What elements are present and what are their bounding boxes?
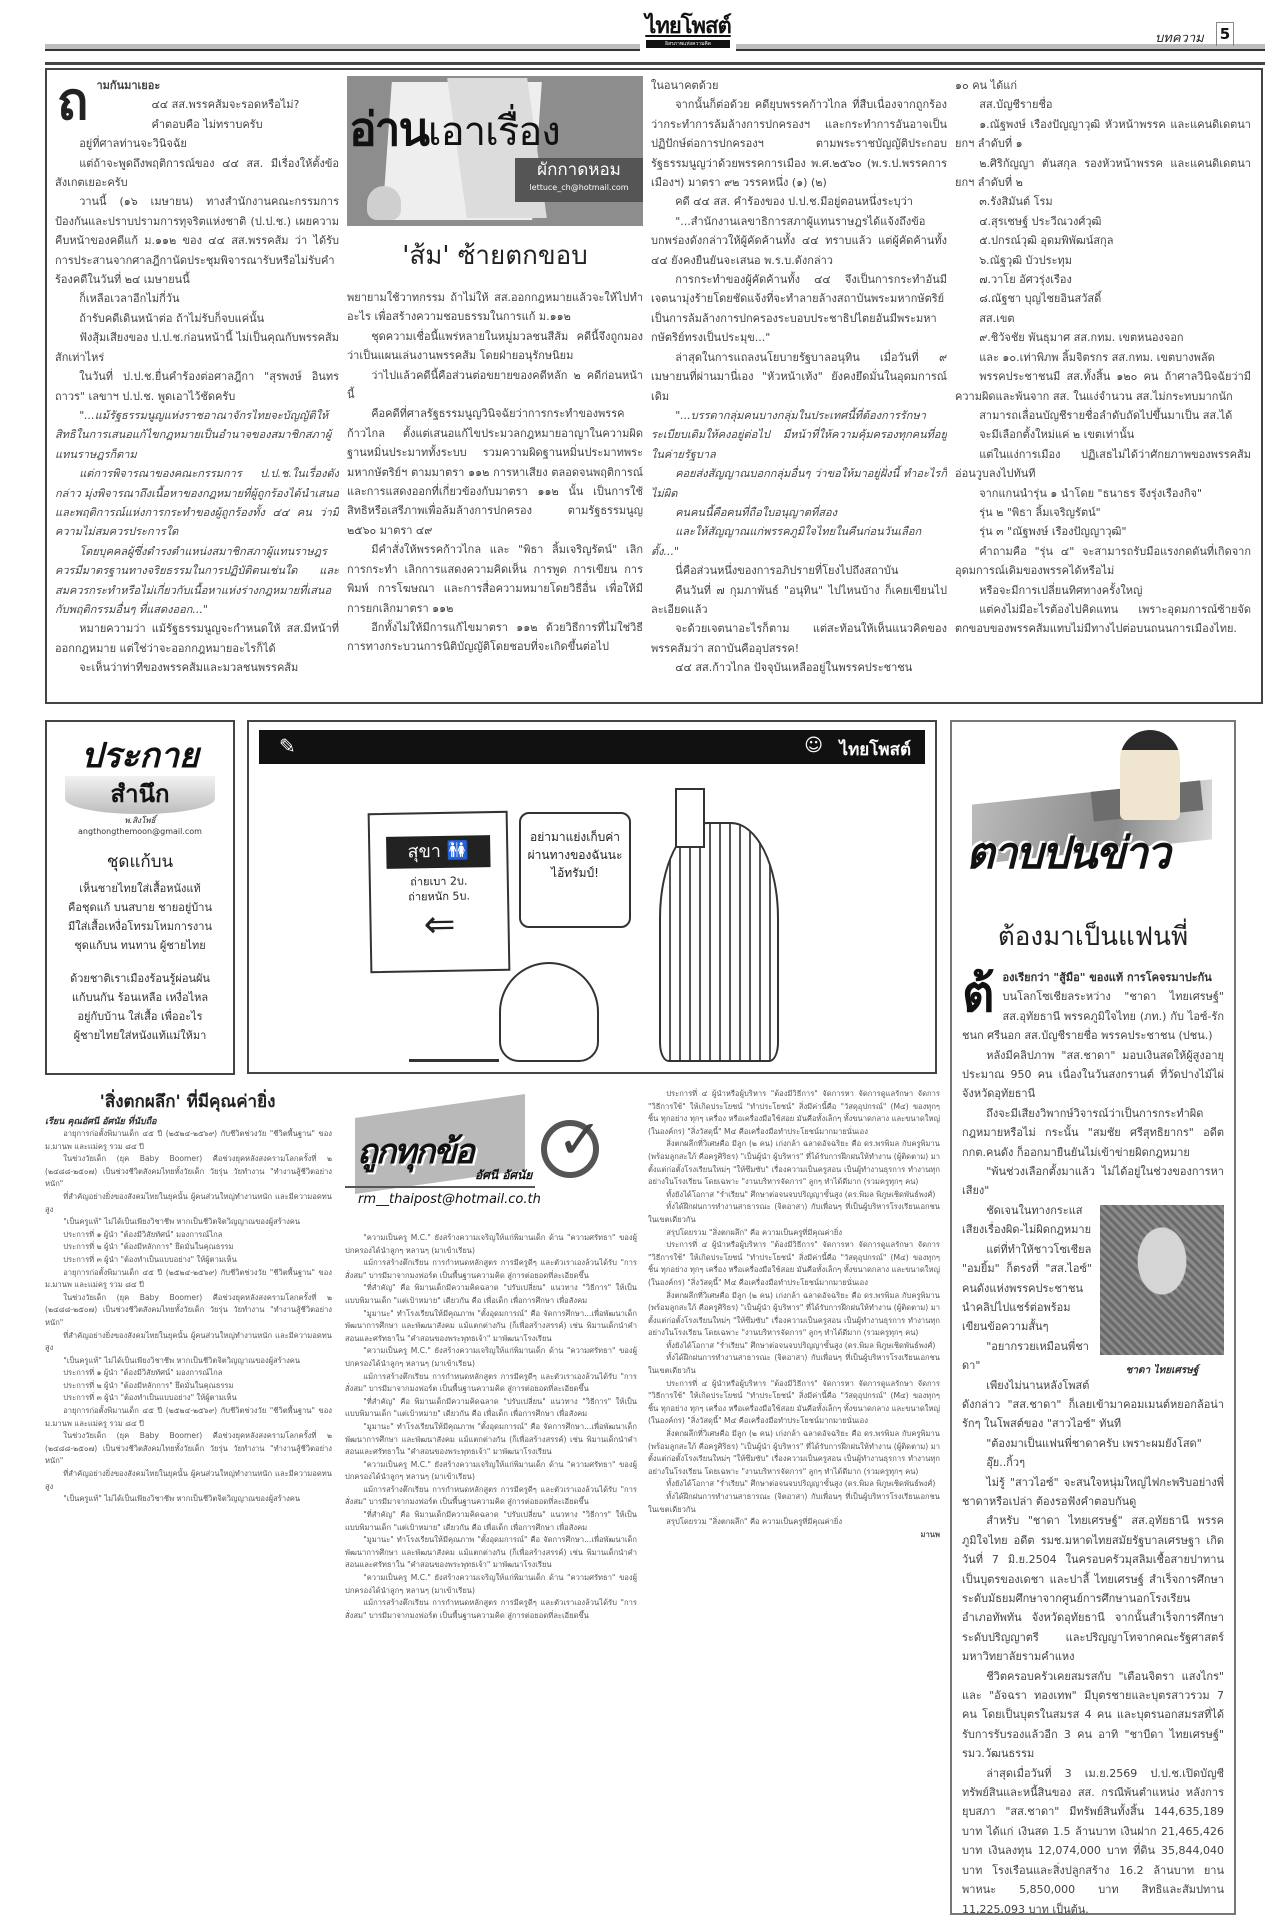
letter-column-1: อายุการก่อตั้งพิมานเด็ก ๔๕ ปี (๒๕๒๔-๒๕๖๙… — [45, 1128, 332, 1913]
paragraph: จะเห็นว่าท่าทีของพรรคส้มและมวลชนพรรคส้ม — [55, 658, 339, 677]
paragraph: คำถามคือ "รุ่น ๔" จะสามารถรับมือแรงกดดัน… — [955, 542, 1251, 581]
paragraph: อยู่ที่ศาลท่านจะวินิจฉัย — [55, 134, 339, 153]
paragraph: "เป็นครูแท้" ไม่ได้เป็นเพียงวิชาชีพ หากเ… — [45, 1493, 332, 1506]
paragraph: รุ่น ๓ "ณัฐพงษ์ เรืองปัญญาวุฒิ" — [955, 522, 1251, 541]
quote-paragraph: "...สำนักงานเลขาธิการสภาผู้แทนราษฎรได้แจ… — [651, 212, 947, 270]
paragraph: สิ่งตกผลึกที่วิเศษคือ มีลูก (๒ คน) เก่งก… — [648, 1428, 940, 1478]
poet-email[interactable]: angthongthemoon@gmail.com — [47, 827, 233, 836]
paragraph: นี่คือส่วนหนึ่งของการอภิปรายที่โยงไปถึงส… — [651, 561, 947, 580]
paragraph: สำหรับ "ชาดา ไทยเศรษฐ์" สส.อุทัยธานี พรร… — [962, 1511, 1224, 1666]
paragraph: สิ่งตกผลึกที่วิเศษคือ มีลูก (๒ คน) เก่งก… — [648, 1138, 940, 1188]
paragraph: คำตอบคือ ไม่ทราบครับ — [55, 115, 339, 134]
quote-paragraph: โดยบุคคลผู้ซึ่งดำรงตำแหน่งสมาชิกสภาผู้แท… — [55, 542, 339, 620]
paragraph: ถ้ารับคดีเดินหน้าต่อ ถ้าไม่รับก็จบแค่นั้… — [55, 309, 339, 328]
paragraph: ๑๐ คน ได้แก่ — [955, 76, 1251, 95]
paragraph: ในช่วงวัยเด็ก (ยุค Baby Boomer) คือช่วงย… — [45, 1292, 332, 1330]
paragraph: หรือจะมีการเปลี่ยนทิศทางครั้งใหญ่ — [955, 581, 1251, 600]
paragraph: จะด้วยเจตนาอะไรก็ตาม แต่สะท้อนให้เห็นแนว… — [651, 619, 947, 658]
letter-column-2: "ความเป็นครู M.C." ยังสร้างความเจริญให้แ… — [345, 1232, 637, 1912]
article-column-1: ถ ามกันมาเยอะ ๔๔ สส.พรรคส้มจะรอดหรือไม่?… — [55, 76, 339, 696]
list-item: ๑.ณัฐพงษ์ เรืองปัญญาวุฒิ หัวหน้าพรรค และ… — [955, 115, 1251, 154]
list-item: ๘.ณัฐชา บุญไชยอินสวัสดิ์ — [955, 289, 1251, 308]
poem-logo: ประกาย — [47, 736, 233, 776]
list-item: ๗.วาโย อัศวรุ่งเรือง — [955, 270, 1251, 289]
paragraph: ๔๔ สส.ก้าวไกล ปัจจุบันเหลืออยู่ในพรรคประ… — [651, 658, 947, 677]
paragraph: ทั้งได้ฝึกฝนการทำงานสาธารณะ (จิตอาสา) กั… — [648, 1491, 940, 1516]
logo-underline — [345, 1186, 535, 1188]
article-headline: 'ส้ม' ซ้ายตกขอบ — [347, 236, 643, 276]
quote-paragraph: คอยส่งสัญญาณบอกกลุ่มอื่นๆ ว่าขอให้มาอยู่… — [651, 464, 947, 503]
logo-tagline: อิสรภาพแห่งความคิด — [646, 40, 730, 48]
paragraph: ทั้งได้ฝึกฝนการทำงานสาธารณะ (จิตอาสา) กั… — [648, 1201, 940, 1226]
paragraph: แม้การสร้างตึกเรียน การกำหนดหลักสูตร การ… — [345, 1484, 637, 1509]
poet-name: พ.สิงโพธิ์ — [47, 814, 233, 827]
portrait-image — [1100, 1205, 1224, 1355]
column-email[interactable]: rm__thaipost@hotmail.co.th — [358, 1192, 541, 1207]
column-author: อัศนี อัศนัย — [475, 1166, 532, 1185]
paragraph: หลังมีคลิปภาพ "สส.ชาดา" มอบเงินสดให้ผู้ส… — [962, 1046, 1224, 1104]
drop-cap: ต้ — [962, 968, 994, 1020]
paragraph: ล่าสุดในการแถลงนโยบายรัฐบาลอนุทิน เมื่อว… — [651, 348, 947, 406]
column-logo-word: ถูกทุกข้อ — [357, 1124, 473, 1178]
toilet-sign: สุขา 🚻 ถ่ายเบา 2บ. ถ่ายหนัก 5บ. ⇐ — [368, 811, 511, 973]
lead-paragraph: องเรียกว่า "สู้มือ" ของแท้ การโคจรมาปะกั… — [962, 968, 1224, 987]
header-divider — [45, 62, 1265, 65]
paragraph: ในช่วงวัยเด็ก (ยุค Baby Boomer) คือช่วงย… — [45, 1153, 332, 1191]
paragraph: สิ่งตกผลึกที่วิเศษคือ มีลูก (๒ คน) เก่งก… — [648, 1290, 940, 1340]
vendor-figure — [499, 962, 599, 1062]
paragraph: ที่สำคัญอย่างยิ่งของสังคมไทยในยุคนั้น ผู… — [45, 1330, 332, 1355]
paragraph: ฟังสุ้มเสียงของ ป.ป.ช.ก่อนหน้านี้ ไม่เป็… — [55, 328, 339, 367]
paragraph: ทั้งยังได้โอกาส "ร่ำเรียน" ศึกษาต่อจนจบป… — [648, 1478, 940, 1491]
paragraph: ชุดความเชื่อนี้แพร่หลายในหมู่มวลชนสีส้ม … — [347, 327, 643, 366]
cartoon-illustration: สุขา 🚻 ถ่ายเบา 2บ. ถ่ายหนัก 5บ. ⇐ อย่ามา… — [369, 812, 829, 1062]
portrait-photo: ชาดา ไทยเศรษฐ์ — [1100, 1205, 1224, 1380]
paragraph: ประการที่ ๒ ผู้นำ "ต้องมีหลักการ" ยึดมั่… — [45, 1241, 332, 1254]
paragraph: อีกทั้งไม่ให้มีการแก้ไขมาตรา ๑๑๒ ด้วยวิธ… — [347, 618, 643, 657]
article-column-4: ๑๐ คน ได้แก่ สส.บัญชีรายชื่อ ๑.ณัฐพงษ์ เ… — [955, 76, 1251, 696]
letter-headline: 'สิ่งตกผลึก' ที่มีคุณค่ายิ่ง — [45, 1088, 330, 1115]
poem-logo-ribbon: สำนึก — [65, 776, 215, 814]
paragraph: "ความเป็นครู M.C." ยังสร้างความเจริญให้แ… — [345, 1572, 637, 1597]
cartoon-brand: ไทยโพสต์ — [840, 736, 911, 763]
quote-paragraph: และให้สัญญาณแก่พรรคภูมิใจไทยในคืนก่อนวัน… — [651, 522, 947, 561]
paragraph: มีคำสั่งให้พรรคก้าวไกล และ "พิธา ลิ้มเจร… — [347, 540, 643, 618]
paragraph: อายุการก่อตั้งพิมานเด็ก ๔๕ ปี (๒๕๒๔-๒๕๖๙… — [45, 1267, 332, 1292]
top-hat — [675, 788, 705, 848]
paragraph: อายุการก่อตั้งพิมานเด็ก ๔๕ ปี (๒๕๒๔-๒๕๖๙… — [45, 1128, 332, 1153]
paragraph: สามารถเลื่อนบัญชีรายชื่อลำดับถัดไปขึ้นมา… — [955, 406, 1251, 425]
paragraph: ประการที่ ๓ ผู้นำ "ต้องทำเป็นแบบอย่าง" ใ… — [45, 1392, 332, 1405]
arrow-left-icon: ⇐ — [371, 903, 508, 945]
paragraph: สรุปโดยรวม "สิ่งตกผลึก" คือ ความเป็นครูท… — [648, 1516, 940, 1529]
paragraph: จากนั้นก็ต่อด้วย คดียุบพรรคก้าวไกล ที่สื… — [651, 95, 947, 192]
newspaper-logo[interactable]: ไทยโพสต์ อิสรภาพแห่งความคิด — [640, 14, 736, 54]
paragraph: จากแกนนำรุ่น ๑ นำโดย "ธนาธร จึงรุ่งเรือง… — [955, 484, 1251, 503]
quote-paragraph: การกระทำของผู้คัดค้านทั้ง ๔๔ จึงเป็นการก… — [651, 270, 947, 348]
paragraph: ล่าสุดเมื่อวันที่ 3 เม.ย.2569 ป.ป.ช.เปิด… — [962, 1764, 1224, 1919]
cartoon-header: ✎ ☺ ไทยโพสต์ — [259, 730, 925, 764]
signature: มานพ — [648, 1529, 940, 1542]
paragraph: พรรคประชาชนมี สส.ทั้งสิ้น ๑๒๐ คน ถ้าศาลว… — [955, 367, 1251, 406]
paragraph: "ต้องมาเป็นแฟนพี่ชาดาครับ เพราะผมยังโสด" — [962, 1434, 1224, 1453]
paragraph: แม้การสร้างตึกเรียน การกำหนดหลักสูตร การ… — [345, 1371, 637, 1396]
paragraph: "ที่สำคัญ" คือ พิมานเด็กมีความคิดฉลาด "ป… — [345, 1509, 637, 1534]
paragraph: "ความเป็นครู M.C." ยังสร้างความเจริญให้แ… — [345, 1232, 637, 1257]
paragraph: ที่สำคัญอย่างยิ่งของสังคมไทยในยุคนั้น ผู… — [45, 1191, 332, 1216]
paragraph: ประการที่ ๔ ผู้นำหรือผู้บริหาร "ต้องมีวิ… — [648, 1378, 940, 1428]
quote-paragraph: "...บรรดากลุ่มคนบางกลุ่มในประเทศนี้ที่ต้… — [651, 406, 947, 464]
poem-stanza: ด้วยชาติเราเมืองร้อนรู้ผ่อนผันแก้บนกัน ร… — [47, 969, 233, 1045]
paragraph: แม้การสร้างตึกเรียน การกำหนดหลักสูตร การ… — [345, 1597, 637, 1622]
paragraph: ในช่วงวัยเด็ก (ยุค Baby Boomer) คือช่วงย… — [45, 1430, 332, 1468]
paragraph: ในอนาคตด้วย — [651, 76, 947, 95]
masthead: ไทยโพสต์ อิสรภาพแห่งความคิด บทความ 5 — [0, 0, 1286, 58]
paragraph: "มูมานะ" ทำโรงเรียนให้มีคุณภาพ "ตั้งอุดม… — [345, 1308, 637, 1346]
author-bar: ผักกาดหอม lettuce_ch@hotmail.com — [515, 158, 643, 202]
list-item: ๙.ชิวัจชัย พันธุมาศ สส.กทม. เขตหนองจอก — [955, 328, 1251, 347]
logo-name: ไทยโพสต์ — [640, 14, 736, 40]
column-logo: ตาบปนข่าว — [952, 722, 1234, 912]
paragraph: ถึงจะมีเสียงวิพากษ์วิจารณ์ว่าเป็นการกระท… — [962, 1104, 1224, 1162]
column-headline: ต้องมาเป็นแฟนพี่ — [952, 918, 1234, 956]
paragraph: คดี ๔๔ สส. คำร้องของ ป.ป.ช.มีอยู่ตอนหนึ่… — [651, 192, 947, 211]
paragraph: อุ๊ย..กิ้วๆ — [962, 1453, 1224, 1472]
bird-mascot-icon: ✎ — [279, 734, 296, 758]
paragraph: "ที่สำคัญ" คือ พิมานเด็กมีความคิดฉลาด "ป… — [345, 1282, 637, 1307]
paragraph: แม้การสร้างตึกเรียน การกำหนดหลักสูตร การ… — [345, 1257, 637, 1282]
quote-paragraph: "...แม้รัฐธรรมนูญแห่งราชอาณาจักรไทยจะบัญ… — [55, 406, 339, 464]
page-number: 5 — [1216, 22, 1234, 46]
speech-bubble: อย่ามาแย่งเก็บค่าผ่านทางของฉันนะไอ้ทรัมป… — [519, 812, 631, 928]
paragraph: เพียงไม่นานหลังโพสต์ดังกล่าว "สส.ชาดา" ก… — [962, 1376, 1224, 1434]
quote-paragraph: แต่การพิจารณาของคณะกรรมการ ป.ป.ช.ในเรื่อ… — [55, 464, 339, 542]
paragraph: ามกันมาเยอะ — [55, 76, 339, 95]
paragraph: แต่คงไม่มีอะไรต้องไปคิดแทน เพราะอุดมการณ… — [955, 600, 1251, 639]
paragraph: ในวันที่ ป.ป.ช.ยื่นคำร้องต่อศาลฎีกา "สุร… — [55, 367, 339, 406]
paragraph: ประการที่ ๑ ผู้นำ "ต้องมีวิสัยทัศน์" มอง… — [45, 1229, 332, 1242]
column-logo-checkmark: ✓ ถูกทุกข้อ อัศนี อัศนัย — [345, 1090, 635, 1190]
section-label: บทความ — [1155, 27, 1204, 48]
poem-column: ประกาย สำนึก พ.สิงโพธิ์ angthongthemoon@… — [45, 720, 235, 1075]
paragraph: แต่ถ้าจะพูดถึงพฤติการณ์ของ ๔๔ สส. มีเรื่… — [55, 154, 339, 193]
paragraph: ๔๔ สส.พรรคส้มจะรอดหรือไม่? — [55, 95, 339, 114]
paragraph: "มูมานะ" ทำโรงเรียนให้มีคุณภาพ "ตั้งอุดม… — [345, 1534, 637, 1572]
paragraph: "เป็นครูแท้" ไม่ได้เป็นเพียงวิชาชีพ หากเ… — [45, 1216, 332, 1229]
paragraph: "พ้นช่วงเลือกตั้งมาแล้ว ไม่ได้อยู่ในช่วง… — [962, 1162, 1224, 1201]
list-item: ๔.สุรเชษฐ์ ประวีณวงศ์วุฒิ — [955, 212, 1251, 231]
restroom-icon: 🚻 — [446, 840, 469, 861]
paragraph: ไม่รู้ "สาวไอซ์" จะสนใจหนุ่มใหญ่ไฟกะพริบ… — [962, 1473, 1224, 1512]
paragraph: ประการที่ ๒ ผู้นำ "ต้องมีหลักการ" ยึดมั่… — [45, 1380, 332, 1393]
column-logo-title: ตาบปนข่าว — [966, 818, 1169, 888]
paragraph: "มูมานะ" ทำโรงเรียนให้มีคุณภาพ "ตั้งอุดม… — [345, 1421, 637, 1459]
news-gossip-column: ตาบปนข่าว ต้องมาเป็นแฟนพี่ ต้ องเรียกว่า… — [950, 720, 1236, 1915]
paragraph: "เป็นครูแท้" ไม่ได้เป็นเพียงวิชาชีพ หากเ… — [45, 1355, 332, 1368]
paragraph: ทั้งได้ฝึกฝนการทำงานสาธารณะ (จิตอาสา) กั… — [648, 1352, 940, 1377]
uncle-sam-figure — [659, 822, 779, 1062]
column-body: ต้ องเรียกว่า "สู้มือ" ของแท้ การโคจรมาป… — [952, 968, 1234, 1919]
toilet-label: สุขา 🚻 — [386, 835, 491, 869]
article-column-2: อ่านเอาเรื่อง ผักกาดหอม lettuce_ch@hotma… — [347, 76, 643, 696]
paragraph: "ความเป็นครู M.C." ยังสร้างความเจริญให้แ… — [345, 1345, 637, 1370]
paragraph: ประการที่ ๔ ผู้นำหรือผู้บริหาร "ต้องมีวิ… — [648, 1239, 940, 1289]
paragraph: บนโลกโซเชียลระหว่าง "ชาดา ไทยเศรษฐ์" สส.… — [962, 987, 1224, 1045]
paragraph: อายุการก่อตั้งพิมานเด็ก ๔๕ ปี (๒๕๒๔-๒๕๖๙… — [45, 1405, 332, 1430]
checkmark-icon: ✓ — [557, 1110, 602, 1170]
letter-column-3: ประการที่ ๔ ผู้นำหรือผู้บริหาร "ต้องมีวิ… — [648, 1088, 940, 1913]
paragraph: หมายความว่า แม้รัฐธรรมนูญจะกำหนดให้ สส.ม… — [55, 619, 339, 658]
paragraph: แต่ในแง่การเมือง ปฏิเสธไม่ได้ว่าศักยภาพข… — [955, 445, 1251, 484]
paragraph: "ที่สำคัญ" คือ พิมานเด็กมีความคิดฉลาด "ป… — [345, 1396, 637, 1421]
paragraph: สรุปโดยรวม "สิ่งตกผลึก" คือ ความเป็นครูท… — [648, 1227, 940, 1240]
column-title: อ่านเอาเรื่อง — [349, 102, 560, 159]
paragraph: รุ่น ๒ "พิธา ลิ้มเจริญรัตน์" — [955, 503, 1251, 522]
paragraph: ก็เหลือเวลาอีกไม่กี่วัน — [55, 289, 339, 308]
paragraph: คืนวันที่ ๗ กุมภาพันธ์ "อนุทิน" ไปไหนบ้า… — [651, 581, 947, 620]
list-item: ๕.ปกรณ์วุฒิ อุดมพิพัฒน์สกุล — [955, 231, 1251, 250]
paragraph: ทั้งยังได้โอกาส "ร่ำเรียน" ศึกษาต่อจนจบป… — [648, 1189, 940, 1202]
list-item: ๖.ณัฐวุฒิ บัวประทุม — [955, 251, 1251, 270]
paragraph: ว่าไปแล้วคดีนี้คือส่วนต่อขยายของคดีหลัก … — [347, 366, 643, 405]
list-heading: สส.บัญชีรายชื่อ — [955, 95, 1251, 114]
paragraph: "ความเป็นครู M.C." ยังสร้างความเจริญให้แ… — [345, 1459, 637, 1484]
paragraph: คือคดีที่ศาลรัฐธรรมนูญวินิจฉัยว่าการกระท… — [347, 404, 643, 540]
paragraph: จะมีเลือกตั้งใหม่แค่ ๒ เขตเท่านั้น — [955, 425, 1251, 444]
paragraph: ประการที่ ๔ ผู้นำหรือผู้บริหาร "ต้องมีวิ… — [648, 1088, 940, 1138]
author-email[interactable]: lettuce_ch@hotmail.com — [515, 182, 643, 194]
toilet-paper-stand — [409, 1002, 499, 1062]
paragraph: ประการที่ ๓ ผู้นำ "ต้องทำเป็นแบบอย่าง" ใ… — [45, 1254, 332, 1267]
reader-figure — [1120, 730, 1180, 820]
editorial-cartoon: ✎ ☺ ไทยโพสต์ สุขา 🚻 ถ่ายเบา 2บ. ถ่ายหนัก… — [247, 720, 937, 1074]
poem-title: ชุดแก้บน — [47, 848, 233, 875]
poem-stanza: เห็นชายไทยใส่เสื้อหนังแท้คือชุดแก้ บนสบา… — [47, 879, 233, 955]
list-item: ๓.รังสิมันต์ โรม — [955, 192, 1251, 211]
letter-salutation: เรียน คุณอัศนี อัศนัย ที่นับถือ — [45, 1114, 157, 1128]
photo-caption: ชาดา ไทยเศรษฐ์ — [1100, 1361, 1224, 1380]
hand-graphic — [367, 186, 401, 220]
editorial-article: ถ ามกันมาเยอะ ๔๔ สส.พรรคส้มจะรอดหรือไม่?… — [45, 68, 1263, 704]
paragraph: ชีวิตครอบครัวเคยสมรสกับ "เตือนจิตรา แสงไ… — [962, 1667, 1224, 1764]
paragraph: ทั้งยังได้โอกาส "ร่ำเรียน" ศึกษาต่อจนจบป… — [648, 1340, 940, 1353]
paragraph: ที่สำคัญอย่างยิ่งของสังคมไทยในยุคนั้น ผู… — [45, 1468, 332, 1493]
paragraph: ประการที่ ๑ ผู้นำ "ต้องมีวิสัยทัศน์" มอง… — [45, 1367, 332, 1380]
author-name: ผักกาดหอม — [515, 158, 643, 182]
column-banner-read-ao-rueang: อ่านเอาเรื่อง ผักกาดหอม lettuce_ch@hotma… — [347, 76, 643, 226]
paragraph: วานนี้ (๑๖ เมษายน) ทางสำนักงานคณะกรรมการ… — [55, 192, 339, 289]
list-heading: สส.เขต — [955, 309, 1251, 328]
list-item: ๒.ศิริกัญญา ตันสกุล รองหัวหน้าพรรค และแค… — [955, 154, 1251, 193]
list-item: และ ๑๐.เท่าพิภพ ลิ้มจิตรกร สส.กทม. เขตบา… — [955, 348, 1251, 367]
paragraph: พยายามใช้วาทกรรม ถ้าไม่ให้ สส.ออกกฎหมายแ… — [347, 288, 643, 327]
quote-paragraph: คนคนนี้คือคนที่ถือใบอนุญาตที่สอง — [651, 503, 947, 522]
cartoonist-mascot-icon: ☺ — [804, 735, 823, 756]
drop-cap: ถ — [57, 78, 88, 126]
article-column-3: ในอนาคตด้วย จากนั้นก็ต่อด้วย คดียุบพรรคก… — [651, 76, 947, 696]
